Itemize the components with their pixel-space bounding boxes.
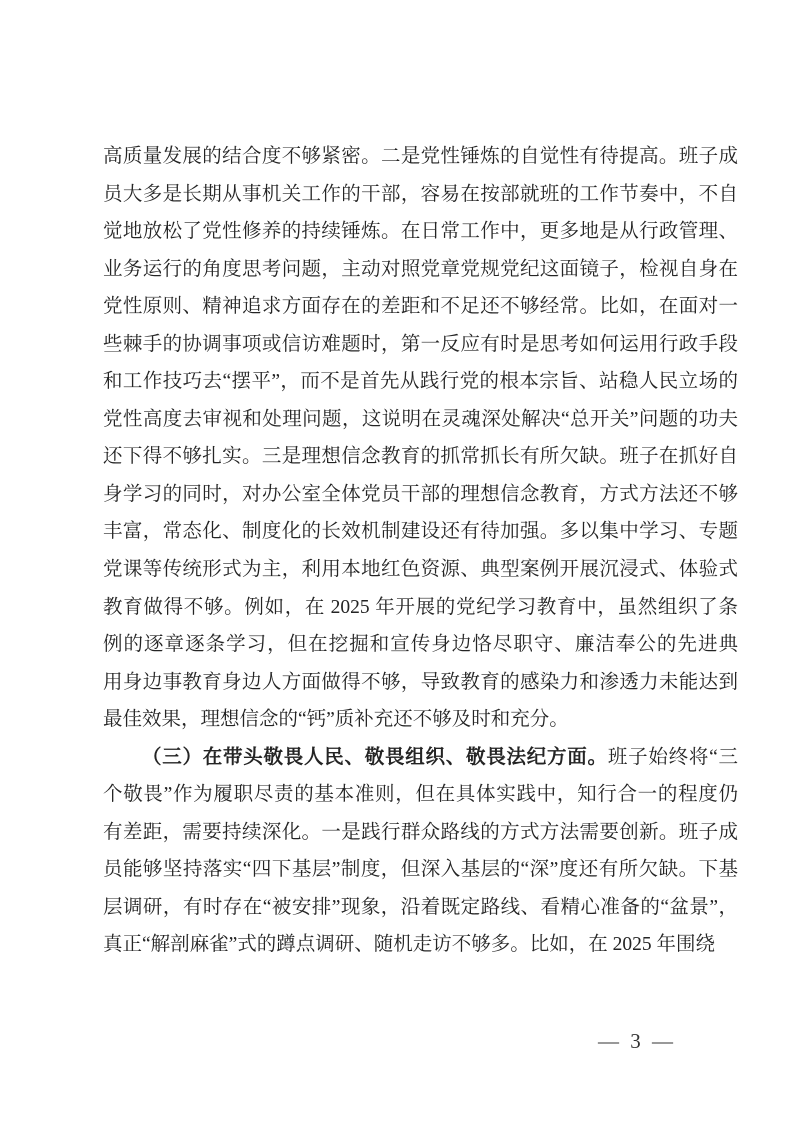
text-line: 些棘手的协调事项或信访难题时，第一反应有时是思考如何运用行政手段: [103, 326, 738, 364]
text-line: 业务运行的角度思考问题，主动对照党章党规党纪这面镜子，检视自身在: [103, 251, 738, 289]
text-line: 教育做得不够。例如，在 2025 年开展的党纪学习教育中，虽然组织了条: [103, 589, 738, 627]
text-line: 真正“解剖麻雀”式的蹲点调研、随机走访不够多。比如，在 2025 年围绕: [103, 926, 738, 964]
text-line: 用身边事教育身边人方面做得不够，导致教育的感染力和渗透力未能达到: [103, 664, 738, 702]
text-line: 身学习的同时，对办公室全体党员干部的理想信念教育，方式方法还不够: [103, 476, 738, 514]
text-line: 层调研，有时存在“被安排”现象，沿着既定路线、看精心准备的“盆景”，: [103, 889, 738, 927]
text-line: 党性原则、精神追求方面存在的差距和不足还不够经常。比如，在面对一: [103, 288, 738, 326]
text-line: 员能够坚持落实“四下基层”制度，但深入基层的“深”度还有所欠缺。下基: [103, 851, 738, 889]
text-line: 员大多是长期从事机关工作的干部，容易在按部就班的工作节奏中，不自: [103, 176, 738, 214]
text-line: 觉地放松了党性修养的持续锤炼。在日常工作中，更多地是从行政管理、: [103, 213, 738, 251]
section-heading-line: （三）在带头敬畏人民、敬畏组织、敬畏法纪方面。班子始终将“三: [103, 739, 738, 777]
text-line: 丰富，常态化、制度化的长效机制建设还有待加强。多以集中学习、专题: [103, 513, 738, 551]
document-body: 高质量发展的结合度不够紧密。二是党性锤炼的自觉性有待提高。班子成 员大多是长期从…: [103, 138, 738, 964]
text-line: 最佳效果，理想信念的“钙”质补充还不够及时和充分。: [103, 701, 738, 739]
text-line: 党课等传统形式为主，利用本地红色资源、典型案例开展沉浸式、体验式: [103, 551, 738, 589]
section-heading: （三）在带头敬畏人民、敬畏组织、敬畏法纪方面。: [142, 747, 608, 768]
text-line: 有差距，需要持续深化。一是践行群众路线的方式方法需要创新。班子成: [103, 814, 738, 852]
page-number: — 3 —: [598, 1026, 676, 1056]
text-line: 高质量发展的结合度不够紧密。二是党性锤炼的自觉性有待提高。班子成: [103, 138, 738, 176]
text-line: 还下得不够扎实。三是理想信念教育的抓常抓长有所欠缺。班子在抓好自: [103, 438, 738, 476]
text-line: 例的逐章逐条学习，但在挖掘和宣传身边恪尽职守、廉洁奉公的先进典型，: [103, 626, 738, 664]
text-line: 个敬畏”作为履职尽责的基本准则，但在具体实践中，知行合一的程度仍: [103, 776, 738, 814]
document-page: 高质量发展的结合度不够紧密。二是党性锤炼的自觉性有待提高。班子成 员大多是长期从…: [0, 0, 793, 1122]
section-heading-tail: 班子始终将“三: [608, 747, 738, 768]
text-line: 和工作技巧去“摆平”，而不是首先从践行党的根本宗旨、站稳人民立场的: [103, 363, 738, 401]
text-line: 党性高度去审视和处理问题，这说明在灵魂深处解决“总开关”问题的功夫: [103, 401, 738, 439]
